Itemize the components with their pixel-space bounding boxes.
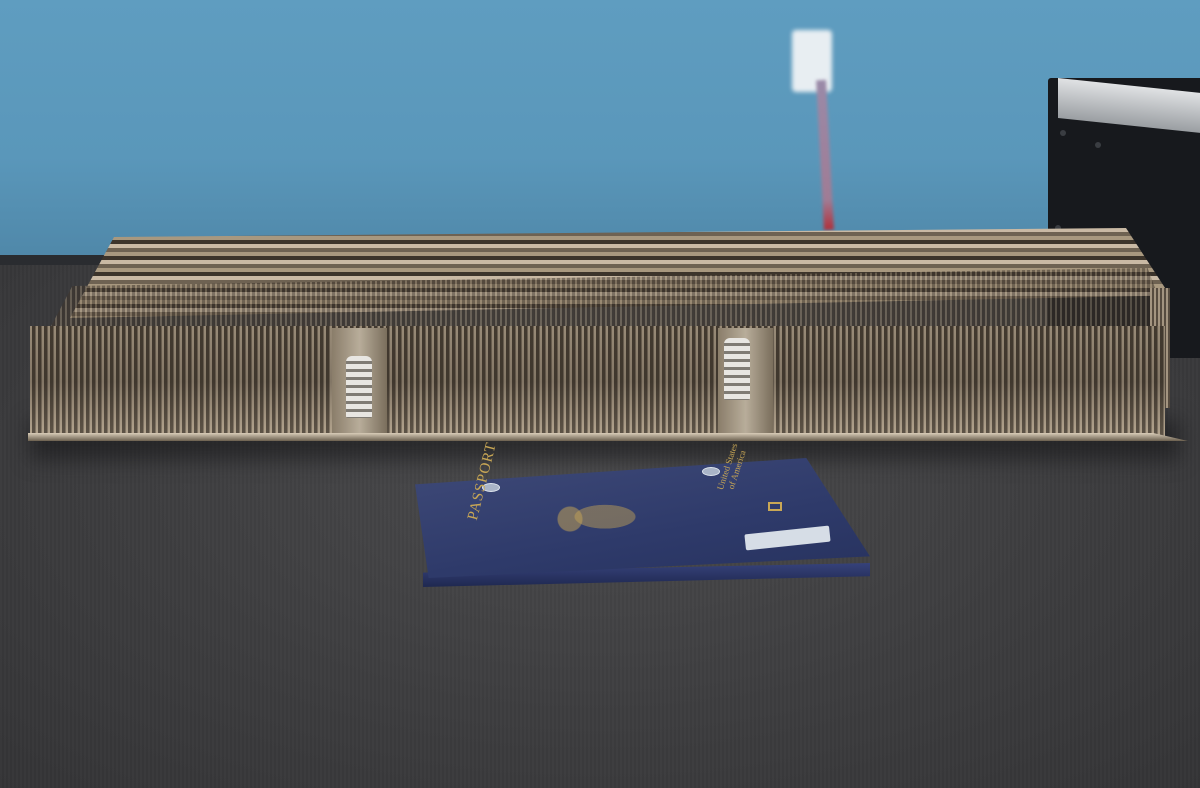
heatsink: [30, 228, 1190, 446]
biometric-chip-icon: [768, 502, 782, 511]
eagle-seal-icon: [540, 496, 640, 542]
mounting-screw: [724, 338, 750, 400]
mounting-screw: [346, 356, 372, 418]
heatsink-base-plate: [28, 433, 1188, 441]
heatsink-front-fins: [30, 326, 1165, 438]
chassis-screw: [1095, 142, 1101, 148]
passport-punch-hole: [702, 467, 720, 476]
passport: PASSPORT United States of America: [415, 458, 870, 590]
photo-scene: PASSPORT United States of America: [0, 0, 1200, 788]
blue-wall: [0, 0, 1200, 262]
chassis-screw: [1060, 130, 1066, 136]
